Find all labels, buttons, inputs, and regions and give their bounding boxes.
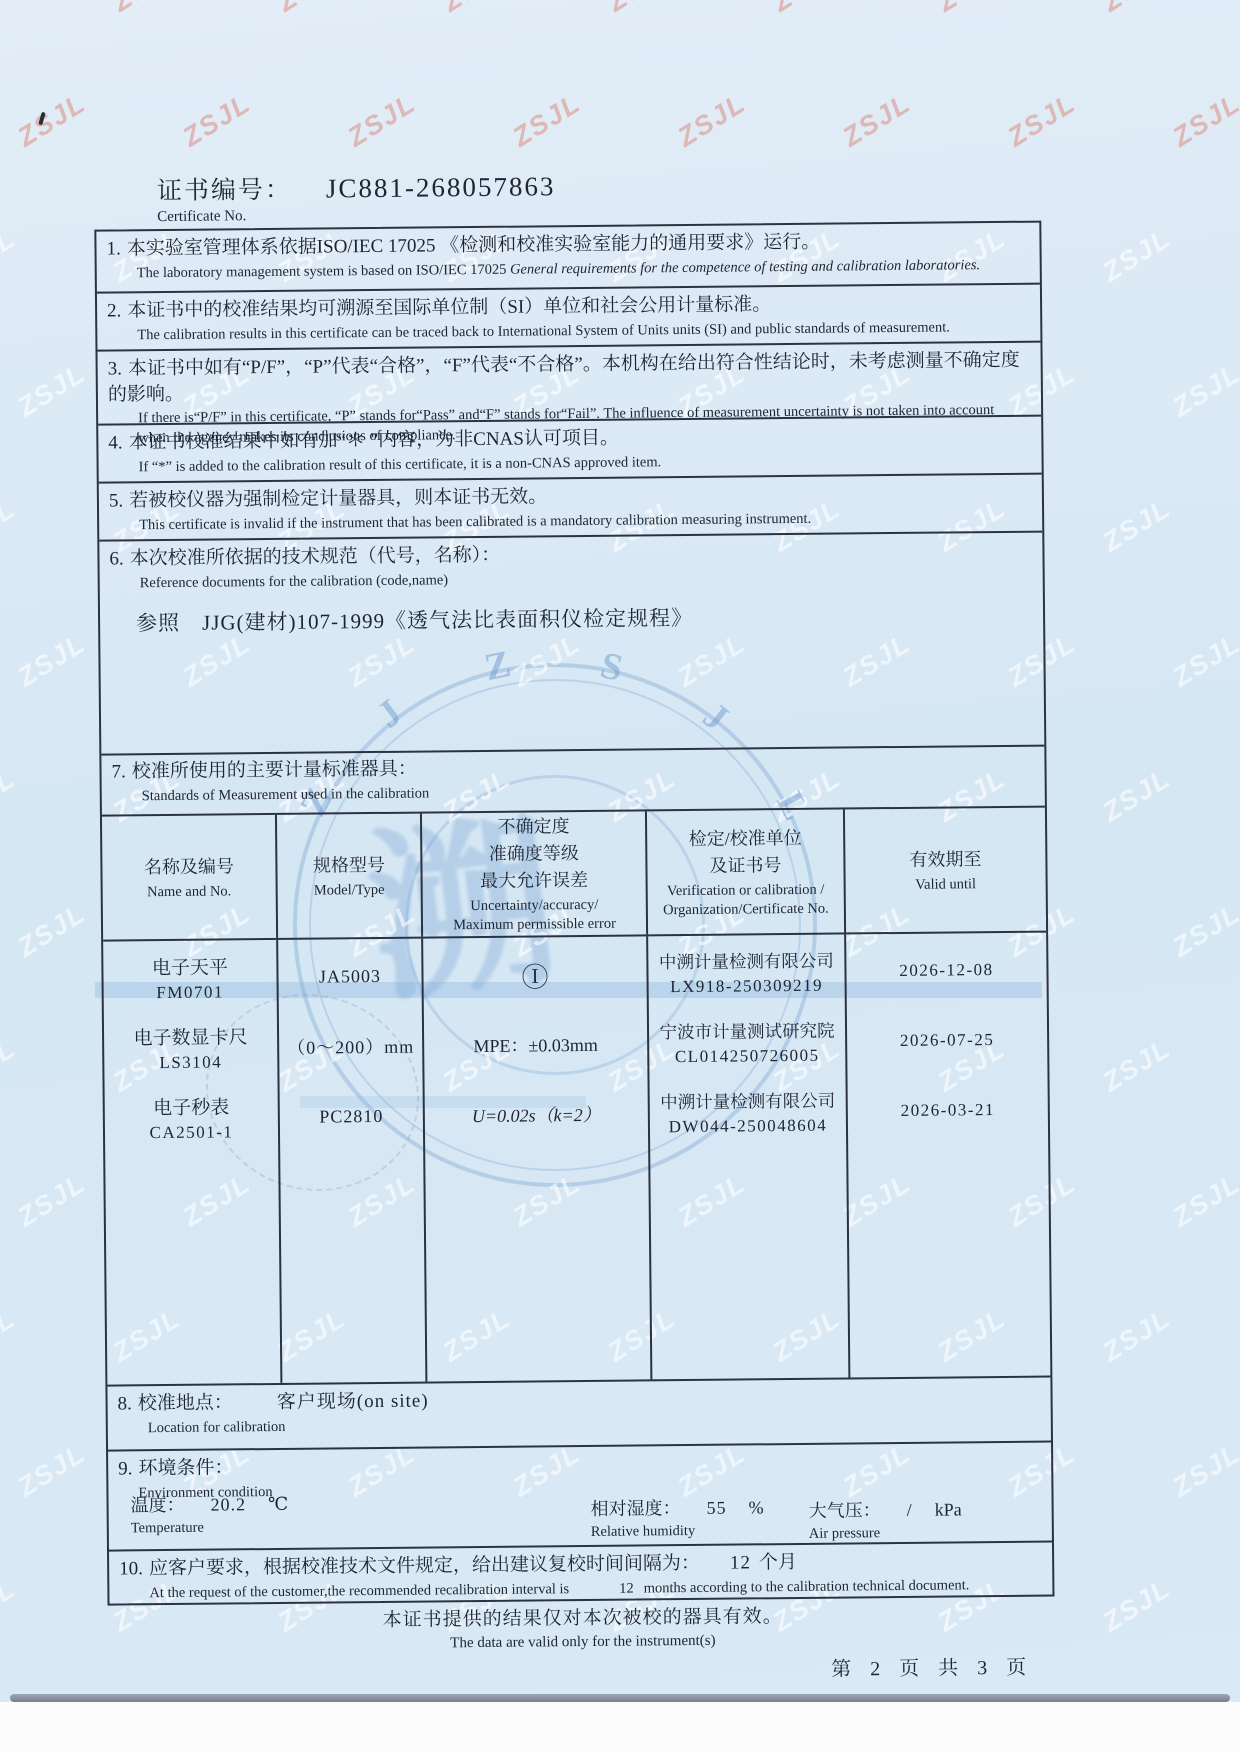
- column-uncertainty: Ⓘ MPE：±0.03mm U=0.02s（k=2）: [423, 937, 652, 1382]
- section-7-zh: 校准所使用的主要计量标准器具：: [132, 759, 417, 783]
- header-valid-until: 有效期至 Valid until: [845, 808, 1046, 933]
- column-valid-until: 2026-12-08 2026-07-25 2026-03-21: [846, 933, 1050, 1378]
- section-9-environment: 9.环境条件： Environment condition 温度：20.2℃ T…: [108, 1441, 1052, 1550]
- note-1-en-italic: General requirements for the competence …: [510, 257, 980, 278]
- note-5-number: 5.: [109, 490, 123, 511]
- section-9-number: 9.: [118, 1458, 132, 1479]
- certificate-page: 溯 ZSJLZSJLZSJLZSJLZSJLZSJLZSJLZSJLZSJLZS…: [0, 0, 1240, 1753]
- note-2-zh: 本证书中的校准结果均可溯源至国际单位制（SI）单位和社会公用计量标准。: [127, 294, 771, 321]
- calibration-location-value: 客户现场(on site): [277, 1391, 429, 1413]
- table-row: 宁波市计量测试研究院 CL014250726005: [649, 1007, 846, 1079]
- header-verification-org: 检定/校准单位 及证书号 Verification or calibration…: [647, 810, 846, 935]
- section-8-number: 8.: [117, 1393, 131, 1414]
- certificate-body: 1.本实验室管理体系依据ISO/IEC 17025 《检测和校准实验室能力的通用…: [94, 221, 1054, 1606]
- env-temperature: 温度：20.2℃ Temperature: [130, 1490, 288, 1538]
- section-7-standards: 7.校准所使用的主要计量标准器具： Standards of Measureme…: [101, 745, 1050, 1385]
- note-1-number: 1.: [106, 238, 120, 259]
- note-4-number: 4.: [108, 432, 122, 453]
- note-3-number: 3.: [108, 358, 122, 379]
- note-2: 2.本证书中的校准结果均可溯源至国际单位制（SI）单位和社会公用计量标准。 Th…: [97, 283, 1041, 350]
- env-pressure: 大气压：/kPa Air pressure: [809, 1495, 962, 1542]
- note-5: 5.若被校仪器为强制检定计量器具，则本证书无效。 This certificat…: [99, 473, 1043, 540]
- column-model: JA5003 （0～200）mm PC2810: [278, 939, 427, 1383]
- note-4: 4.本证书校准结果中如有加“＊ ”内容，为非CNAS认可项目。 If “*” i…: [98, 415, 1042, 482]
- env-humidity: 相对湿度：55% Relative humidity: [590, 1493, 763, 1541]
- scan-edge-shadow: [10, 1694, 1230, 1702]
- table-row: 电子数显卡尺 LS3104: [104, 1012, 278, 1084]
- certificate-header: 证书编号： JC881-268057863 Certificate No.: [157, 167, 556, 226]
- note-1: 1.本实验室管理体系依据ISO/IEC 17025 《检测和校准实验室能力的通用…: [96, 223, 1040, 292]
- standards-table-body: 电子天平 FM0701 电子数显卡尺 LS3104 电子秒表 CA2501-1: [103, 933, 1050, 1385]
- page-number: 第 2 页 共 3 页: [831, 1651, 1033, 1682]
- header-uncertainty: 不确定度 准确度等级 最大允许误差 Uncertainty/accuracy/ …: [422, 812, 648, 937]
- note-3-zh: 本证书中如有“P/F”，“P”代表“合格”，“F”代表“不合格”。本机构在给出符…: [108, 350, 1020, 405]
- pressure-value: /: [907, 1500, 913, 1520]
- temperature-value: 20.2: [210, 1494, 246, 1514]
- note-2-number: 2.: [107, 300, 121, 321]
- note-4-zh: 本证书校准结果中如有加“＊ ”内容，为非CNAS认可项目。: [129, 428, 619, 454]
- section-6-reference-documents: 6.本次校准所依据的技术规范（代号，名称）： Reference documen…: [99, 531, 1044, 754]
- note-5-zh: 若被校仪器为强制检定计量器具，则本证书无效。: [129, 486, 547, 511]
- table-row: 中溯计量检测有限公司 LX918-250309219: [648, 937, 845, 1009]
- table-row: 电子天平 FM0701: [103, 942, 277, 1014]
- standards-table: 名称及编号 Name and No. 规格型号 Model/Type 不确定度 …: [102, 806, 1050, 1385]
- interval-value-en: 12: [619, 1580, 634, 1596]
- certificate-no-label-zh: 证书编号：: [157, 170, 292, 207]
- header-model-type: 规格型号 Model/Type: [277, 814, 423, 938]
- validity-note: 本证书提供的结果仅对本次被校的器具有效。 The data are valid …: [13, 1598, 1153, 1657]
- column-name-no: 电子天平 FM0701 电子数显卡尺 LS3104 电子秒表 CA2501-1: [103, 940, 282, 1384]
- section-6-zh: 本次校准所依据的技术规范（代号，名称）：: [130, 545, 501, 570]
- note-3: 3.本证书中如有“P/F”，“P”代表“合格”，“F”代表“不合格”。本机构在给…: [97, 341, 1041, 424]
- standards-table-header: 名称及编号 Name and No. 规格型号 Model/Type 不确定度 …: [102, 808, 1046, 942]
- header-name-no: 名称及编号 Name and No.: [102, 815, 278, 940]
- reference-document-line: 参照 JJG(建材)107-1999《透气法比表面积仪检定规程》: [136, 599, 1031, 638]
- scan-edge-white: [0, 1702, 1240, 1753]
- interval-value-zh: 12: [730, 1552, 751, 1573]
- table-row: 电子秒表 CA2501-1: [105, 1082, 279, 1154]
- humidity-value: 55: [707, 1498, 727, 1518]
- section-6-number: 6.: [109, 548, 123, 569]
- section-7-number: 7.: [111, 761, 125, 782]
- section-8-zh: 校准地点：: [138, 1392, 233, 1414]
- note-1-zh: 本实验室管理体系依据ISO/IEC 17025 《检测和校准实验室能力的通用要求…: [127, 232, 821, 260]
- document-content: 证书编号： JC881-268057863 Certificate No. 1.…: [0, 0, 1240, 1753]
- section-9-zh: 环境条件：: [138, 1457, 233, 1479]
- section-10-zh: 应客户要求，根据校准技术文件规定，给出建议复校时间间隔为：: [149, 1553, 700, 1579]
- certificate-no-label-en: Certificate No.: [157, 205, 556, 226]
- section-8-location: 8.校准地点：客户现场(on site) Location for calibr…: [107, 1376, 1051, 1450]
- column-verification-org: 中溯计量检测有限公司 LX918-250309219 宁波市计量测试研究院 CL…: [648, 935, 850, 1380]
- section-10-number: 10.: [119, 1558, 143, 1579]
- certificate-number: JC881-268057863: [326, 171, 556, 204]
- table-row: 中溯计量检测有限公司 DW044-250048604: [650, 1077, 847, 1149]
- section-10-recalibration-interval: 10.应客户要求，根据校准技术文件规定，给出建议复校时间间隔为：12个月 At …: [109, 1541, 1052, 1604]
